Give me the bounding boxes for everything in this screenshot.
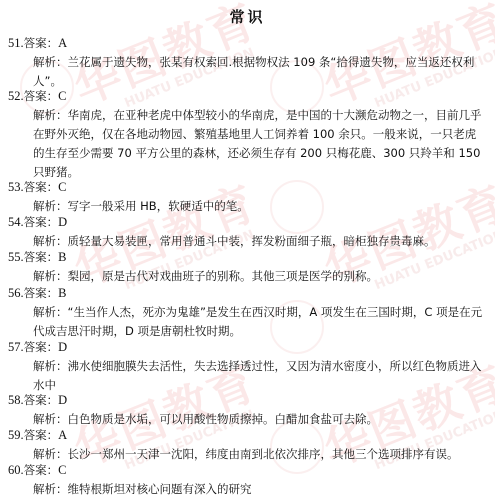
answer-letter: C	[58, 463, 66, 477]
answer-letter: C	[58, 180, 66, 194]
answer-line: 59.答案：A	[8, 426, 67, 445]
explanation: 解析：写字一般采用 HB，软硬适中的笔。	[33, 197, 486, 216]
answer-line: 57.答案：D	[8, 338, 67, 357]
explanation: 解析：白色物质是水垢，可以用酸性物质擦掉。白醋加食盐可去除。	[33, 410, 486, 429]
explanation: 解析：华南虎，在亚种老虎中体型较小的华南虎，是中国的十大濒危动物之一，目前几乎在…	[33, 106, 486, 182]
explanation: 解析：沸水使细胞膜失去活性，失去选择透过性，又因为清水密度小，所以红色物质进入水…	[33, 357, 486, 395]
answer-letter: C	[58, 89, 66, 103]
answer-letter: A	[58, 36, 67, 50]
answer-letter: A	[58, 428, 67, 442]
answer-line: 54.答案：D	[8, 213, 67, 232]
answer-letter: D	[58, 215, 67, 229]
answer-line: 55.答案：B	[8, 248, 66, 267]
explanation: 解析：梨园，原是古代对戏曲班子的别称。其他三项是医学的别称。	[33, 267, 486, 286]
answer-letter: D	[58, 340, 67, 354]
answer-line: 60.答案：C	[8, 461, 66, 480]
page-title: 常识	[0, 6, 495, 27]
explanation: 解析：长沙一郑州一天津一沈阳，纬度由南到北依次排序，其他三个选项排序有误。	[33, 445, 486, 464]
answer-letter: B	[58, 250, 66, 264]
explanation: 解析：维特根斯坦对核心问题有深入的研究	[33, 480, 486, 498]
answer-line: 53.答案：C	[8, 178, 66, 197]
answer-line: 51.答案：A	[8, 34, 67, 53]
explanation: 解析：质轻量大易装匣，常用普通斗中装，挥发粉面细子瓶，暗柜独存贵毒麻。	[33, 232, 486, 251]
answer-line: 58.答案：D	[8, 391, 67, 410]
explanation: 解析：兰花属于遗失物，张某有权索回.根据物权法 109 条“拾得遗失物，应当返还…	[33, 53, 486, 91]
explanation: 解析：“生当作人杰，死亦为鬼雄”是发生在西汉时期，A 项发生在三国时期，C 项是…	[33, 303, 486, 341]
answer-letter: D	[58, 393, 67, 407]
answer-line: 56.答案：B	[8, 284, 66, 303]
answer-line: 52.答案：C	[8, 87, 66, 106]
answer-letter: B	[58, 286, 66, 300]
